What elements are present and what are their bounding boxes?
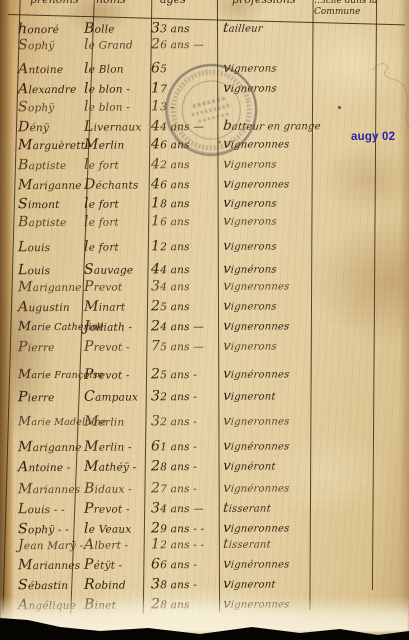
age: 32 ans - xyxy=(151,388,197,405)
pen-flourish xyxy=(352,48,409,128)
first-name: honoré xyxy=(18,21,59,38)
table-row: Mariganne Prevot 34 ans vigneronnes xyxy=(10,277,389,296)
age: 75 ans — xyxy=(151,338,204,355)
surname: le Grand xyxy=(84,36,133,53)
profession: vignerons xyxy=(222,212,278,230)
surname: Bidaux - xyxy=(84,480,132,497)
table-row: Sophÿ le Grand 26 ans — xyxy=(10,35,389,54)
header-col3: âges xyxy=(160,0,210,11)
surname: Merlin xyxy=(84,414,125,431)
age: 34 ans — xyxy=(151,500,204,517)
surname: le fort xyxy=(84,239,119,256)
age: 44 ans xyxy=(151,261,190,278)
first-name: Sophÿ - - xyxy=(18,521,69,538)
profession: vignérons xyxy=(222,260,278,278)
first-name: Louis xyxy=(18,239,50,256)
surname: Livernaux xyxy=(84,118,142,135)
age: 61 ans - xyxy=(151,438,197,455)
age: 32 ans - xyxy=(151,413,197,430)
header-col2: noms xyxy=(96,0,144,11)
surname: Albert - xyxy=(84,536,128,553)
surname: Merlin xyxy=(84,137,125,154)
scanned-register-page: prénoms noms âges professions …icile dan… xyxy=(0,0,409,640)
profession: vignéronnes xyxy=(222,555,290,573)
table-row: Louis Sauvage 44 ans vignérons xyxy=(10,260,389,279)
first-name: Antoine xyxy=(18,61,63,78)
surname: Pétÿt - xyxy=(84,557,123,574)
surname: le blon - xyxy=(84,80,130,97)
first-name: Alexandre xyxy=(18,81,77,98)
first-name: Mariganne xyxy=(18,279,82,296)
age: 18 ans xyxy=(151,195,190,212)
first-name: Sébastin xyxy=(18,577,68,594)
profession: tisserant xyxy=(222,535,272,553)
profession: vignerons xyxy=(222,194,278,212)
header-col5: …icile dans la Commune xyxy=(314,0,406,17)
table-row: Simont le fort 18 ans vignerons xyxy=(10,194,389,213)
surname: Prevot - xyxy=(84,500,130,517)
first-name: Sophÿ xyxy=(18,99,55,116)
table-row: Mariganne Merlin - 61 ans - vignéronnes xyxy=(10,437,389,456)
age: 25 ans xyxy=(151,298,190,315)
first-name: Pierre xyxy=(18,389,55,406)
first-name: Mariannes xyxy=(18,557,80,574)
first-name: Mariannes xyxy=(18,481,80,498)
surname: Déchants xyxy=(84,176,139,193)
surname: le Blon xyxy=(84,61,124,78)
first-name: Augustin xyxy=(18,299,70,316)
surname: Campaux xyxy=(84,388,138,405)
annotation-augy: augy 02 xyxy=(351,131,395,143)
first-name: Baptiste xyxy=(18,214,67,231)
profession: vigneronnes xyxy=(222,317,290,335)
table-row: Marie Françoise Prevot - 25 ans - vignér… xyxy=(10,365,389,384)
age: 33 ans xyxy=(151,20,190,37)
header-col5-line1: …icile dans la xyxy=(314,0,406,6)
table-row: Marie Catherine Jolliath - 24 ans — vign… xyxy=(10,317,389,336)
age: 28 ans - xyxy=(151,458,197,475)
profession: vignerons xyxy=(222,155,278,173)
surname: Prevot - xyxy=(84,366,130,383)
first-name: Pierre xyxy=(18,339,55,356)
header-col4: professions xyxy=(232,0,304,11)
table-row: Louis - - Prevot - 34 ans — tisserant xyxy=(10,499,389,518)
age: 16 ans xyxy=(151,213,190,230)
table-row: Jean Marÿ - Albert - 12 ans - - tisseran… xyxy=(10,535,389,554)
profession: vignéronnes xyxy=(222,365,290,383)
table-row: Augustin Minart 25 ans vignerons xyxy=(10,297,389,316)
surname: le fort xyxy=(84,157,119,174)
table-row: Mariannes Pétÿt - 66 ans - vignéronnes xyxy=(10,555,389,574)
age: 12 ans xyxy=(151,238,190,255)
age: 24 ans — xyxy=(151,318,204,335)
table-row: Sébastin Robind 38 ans - vigneront xyxy=(10,575,389,594)
first-name: Jean Marÿ - xyxy=(18,537,83,554)
profession: vigneronnes xyxy=(222,175,290,193)
profession: vignéront xyxy=(222,457,276,475)
first-name: Louis xyxy=(18,262,50,279)
table-row: Pierre Campaux 32 ans - vigneront xyxy=(10,387,389,406)
surname: le fort xyxy=(84,196,119,213)
table-row: Antoine - Mathéÿ - 28 ans - vignéront xyxy=(10,457,389,476)
surname: Robind xyxy=(84,577,126,594)
age: 34 ans xyxy=(151,278,190,295)
profession: vigneronnes xyxy=(222,277,290,295)
surname: Jolliath - xyxy=(84,318,132,335)
first-name: Baptiste xyxy=(18,157,67,174)
profession: vignéronnes xyxy=(222,437,290,455)
table-row: Louis le fort 12 ans vignerons xyxy=(10,237,389,256)
table-row: Baptiste le fort 16 ans vignerons xyxy=(10,212,389,231)
first-name: Mariganne xyxy=(18,177,82,194)
age: 25 ans - xyxy=(151,366,197,383)
surname: Mathéÿ - xyxy=(84,458,137,475)
surname: le Veaux xyxy=(84,520,132,537)
profession: vigneront xyxy=(222,575,276,593)
age: 66 ans - xyxy=(151,556,197,573)
first-name: Sophÿ xyxy=(18,37,55,54)
surname: Sauvage xyxy=(84,261,133,278)
table-row: Pierre Prevot - 75 ans — vignerons xyxy=(10,337,389,356)
first-name: Antoine - xyxy=(18,459,71,476)
age: 12 ans - - xyxy=(151,536,204,553)
first-name: Louis - - xyxy=(18,501,65,518)
age: 26 ans — xyxy=(151,36,204,53)
first-name: Marguèrette xyxy=(18,137,92,155)
profession: vignerons xyxy=(222,237,278,255)
surname: Minart xyxy=(84,299,125,316)
ink-speck xyxy=(338,106,341,109)
profession: vigneronnes xyxy=(222,412,290,430)
surname: le fort xyxy=(84,214,119,231)
surname: Merlin - xyxy=(84,438,132,455)
surname: Prevot - xyxy=(84,338,130,355)
profession: vigneront xyxy=(222,387,276,405)
age: 38 ans - xyxy=(151,576,197,593)
table-row: Mariganne Déchants 46 ans vigneronnes xyxy=(10,175,389,194)
age: 27 ans - xyxy=(151,480,197,497)
surname: Prevot xyxy=(84,279,123,296)
profession: tisserant xyxy=(222,499,272,517)
age: 29 ans - - xyxy=(151,520,204,537)
torn-edge-fibres xyxy=(0,596,409,632)
age: 46 ans xyxy=(151,176,190,193)
profession: vignerons xyxy=(222,297,278,315)
table-row: Mariannes Bidaux - 27 ans - vignéronnes xyxy=(10,479,389,498)
table-row: Marie Madelaine Merlin 32 ans - vigneron… xyxy=(10,412,389,431)
first-name: Mariganne xyxy=(18,439,82,456)
surname: le blon - xyxy=(84,98,130,115)
profession: vignerons xyxy=(222,337,278,355)
surname: Bolle xyxy=(84,21,115,38)
header-col1: prénoms xyxy=(30,0,80,11)
first-name: Dénÿ xyxy=(18,119,49,136)
profession: vignéronnes xyxy=(222,479,290,497)
first-name: Simont xyxy=(18,196,60,213)
header-col5-line2: Commune xyxy=(314,7,406,17)
